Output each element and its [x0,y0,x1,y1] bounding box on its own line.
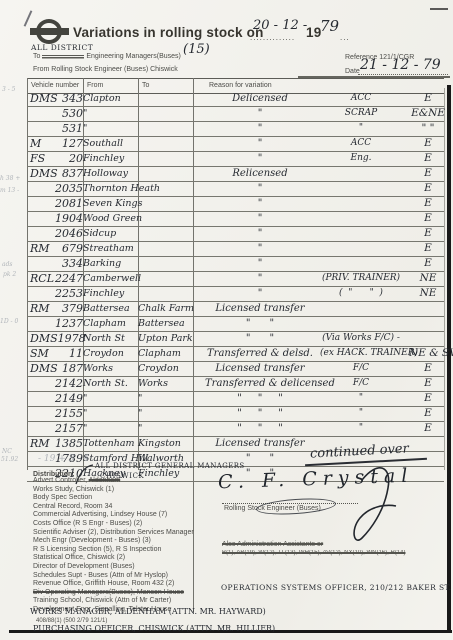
vehicle-prefix: RM [30,302,50,316]
note-cell: " [320,422,402,435]
distribution-item: Scientific Adviser (2), Distribution Ser… [33,529,233,538]
from-cell: Battersea [83,302,137,315]
to-cell: " [138,422,193,435]
vehicle-cell: DMS1978 [27,332,87,346]
table-row: DMS343 Clapton Delicensed ACC E [27,92,444,107]
distribution-item-text: Commercial Advertising, Lindsey House (7… [33,511,167,518]
scanned-form-page: ALL DISTRICT Variations in rolling stock… [0,0,453,640]
vehicle-number: 11 [69,347,83,361]
pencil-margin-note: ads [2,261,13,268]
vehicle-number: 1978 [58,332,86,346]
table-row: 1237 Clapham Battersea " " [27,317,444,332]
struck-note-1: Also Administration Assistants or [222,541,323,549]
mark-cell: E [409,212,447,225]
table-row: 2142 North St. Works Transferred & delic… [27,377,444,392]
to-cell: " [138,407,193,420]
operations-systems-officer-note: OPERATIONS SYSTEMS OFFICER, 210/212 BAKE… [221,583,452,592]
reason-cell: " " " [205,422,315,435]
vehicle-prefix: M [30,137,41,151]
from-cell: Sidcup [83,227,137,240]
table-row: FS20 Finchley " Eng. E [27,152,444,167]
count-note-handwritten: (15) [183,42,210,57]
vehicle-cell: 2149 [27,392,87,406]
distribution-item: Director of Development (Buses) [33,563,233,572]
reason-cell: Transferred & delicensed [205,377,315,390]
from-cell: " [83,122,137,135]
vehicle-number: 2247 [55,272,83,286]
mark-cell: E [409,92,447,105]
from-cell: " [83,422,137,435]
pencil-sum-note: - 19 + 3 - 4 [38,454,89,464]
vehicle-number: 1385 [55,437,83,451]
distribution-item: R S Licensing Section (5), R S Inspectio… [33,546,233,555]
to-prefix: To [33,53,40,60]
distribution-item-text: R S Licensing Section (5), R S Inspectio… [33,546,161,553]
distribution-item: Advert Controller, Aldenham [33,477,233,486]
table-row: DMS1978 North St Upton Park " " (Via Wor… [27,332,444,347]
distribution-item-text: Statistical Office, Chiswick (2) [33,554,125,561]
to-cell: Kingston [138,437,193,450]
from-cell: Clapham [83,317,137,330]
to-cell: Croydon [138,362,193,375]
col-vehicle-number: Vehicle number [31,82,79,89]
distribution-item-struck-text: Div Operating Managers(Buses), Manson Ho… [33,589,184,596]
vehicle-cell: RM379 [27,302,87,316]
mark-cell: E [409,422,447,435]
vehicle-prefix: RCL [30,272,54,286]
reason-cell: " [205,212,315,225]
table-row: DMS187 Works Croydon Licensed transfer F… [27,362,444,377]
vehicle-cell: 2035 [27,182,87,196]
date-dotted-line [358,74,448,75]
vehicle-number: 187 [62,362,83,376]
vehicle-number: 2081 [55,197,83,211]
col-reason: Reason for variation [209,82,272,89]
distribution-item-text: Scientific Adviser (2), Distribution Ser… [33,529,194,536]
vehicle-cell: 2155 [27,407,87,421]
vehicle-cell: 531 [27,122,87,136]
signature-loop-mark [256,496,337,517]
to-line: To Engineering Managers(Buses) [33,53,181,61]
vehicle-number: 2157 [55,422,83,436]
table-row: DMS837 Holloway Relicensed E [27,167,444,182]
vehicle-number: 1237 [55,317,83,331]
mark-cell: E&NE [409,107,447,120]
distribution-item-text: Advert Controller, [33,477,89,484]
reason-cell: " [205,197,315,210]
table-row: 2157 " " " " " " E [27,422,444,437]
mark-cell: E [409,167,447,180]
to-cell: Clapham [138,347,193,360]
table-rows: DMS343 Clapton Delicensed ACC E 530 " " … [27,92,444,482]
distribution-item: Schedules Supt - Buses (Attn of Mr Hyslo… [33,572,233,581]
vehicle-cell: SM11 [27,347,87,361]
mark-cell: " " [409,122,447,135]
reason-cell: Delicensed [205,92,315,105]
purchasing-officer-handwritten: PURCHASING OFFICER, CHISWICK (ATTN. MR. … [33,624,275,633]
reason-cell: Transferred & delsd. [205,347,315,360]
vehicle-prefix: RM [30,242,50,256]
vehicle-cell: 1904 [27,212,87,226]
vehicle-number: 2149 [55,392,83,406]
vehicle-cell: DMS343 [27,92,87,106]
distribution-item: Commercial Advertising, Lindsey House (7… [33,511,233,520]
from-cell: Clapton [83,92,137,105]
from-cell: " [83,407,137,420]
vehicle-prefix: RM [30,437,50,451]
reason-cell: " [205,257,315,270]
vehicle-number: 531 [62,122,83,136]
mark-cell: E [409,227,447,240]
table-row: 2081 Seven Kings " E [27,197,444,212]
note-cell: ACC [320,137,402,150]
reason-cell: Relicensed [205,167,315,180]
vehicle-cell: 530 [27,107,87,121]
distribution-item: Works Study, Chiswick (1) [33,486,233,495]
vehicle-cell: RCL2247 [27,272,87,286]
from-cell: Thornton Heath [83,182,137,195]
vehicle-number: 334 [62,257,83,271]
vehicle-number: 679 [62,242,83,256]
note-cell: ACC [320,92,402,105]
table-row: 531 " " " " " [27,122,444,137]
pencil-margin-note: pk 2 [3,271,16,278]
pencil-margin-note: NC [2,448,12,455]
vehicle-number: 2253 [55,287,83,301]
distribution-item: Body Spec Section [33,494,233,503]
vehicle-cell: FS20 [27,152,87,166]
mark-cell: E [409,257,447,270]
table-row: 2149 " " " " " " E [27,392,444,407]
distribution-item: Div Operating Managers(Buses), Manson Ho… [33,589,233,598]
distribution-item-text: Mech Engr (Development - Buses) (3) [33,537,151,544]
pencil-margin-note: 1D - 0 [0,318,18,325]
vehicle-prefix: FS [30,152,45,166]
pencil-margin-note: 3 - 5 [2,86,15,93]
reason-cell: " [205,287,315,300]
note-cell: F/C [320,377,402,390]
all-district-note: ALL DISTRICT [31,43,93,52]
vehicle-prefix: DMS [30,332,58,346]
from-cell: Seven Kings [83,197,137,210]
vehicle-cell: 2157 [27,422,87,436]
vehicle-number: 20 [69,152,83,166]
col-to: To [142,82,149,89]
vehicle-number: 379 [62,302,83,316]
distribution-item: Statistical Office, Chiswick (2) [33,554,233,563]
from-line: From Rolling Stock Engineer (Buses) Chis… [33,66,178,74]
reason-cell: Licensed transfer [205,302,315,315]
table-row: RM379 Battersea Chalk Farm Licensed tran… [27,302,444,317]
distribution-item-struck-text: Aldenham [89,477,121,484]
table-row: 2253 Finchley " ( " " ) NE [27,287,444,302]
pencil-margin-note: m 13 - [0,187,19,194]
to-cell: Upton Park [138,332,193,345]
vehicle-prefix: SM [30,347,49,361]
vehicle-cell: 2046 [27,227,87,241]
vehicle-cell: 2142 [27,377,87,391]
table-row: SM11 Croydon Clapham Transferred & delsd… [27,347,444,362]
from-cell: Finchley [83,287,137,300]
vehicle-cell: 334 [27,257,87,271]
table-row: 530 " " SCRAP E&NE [27,107,444,122]
distribution-item-text: Training School, Chiswick (Attn of Mr Ca… [33,597,171,604]
vehicle-cell: RM1385 [27,437,87,451]
date-value-handwritten: 21 - 12 - 79 [360,57,441,73]
reason-cell: " " " [205,392,315,405]
from-cell: " [83,392,137,405]
vehicle-cell: M127 [27,137,87,151]
note-cell: (Via Works F/C) - [320,332,402,345]
reason-cell: " [205,107,315,120]
reason-cell: " " [205,317,315,330]
from-cell: Finchley [83,152,137,165]
vehicle-cell: DMS837 [27,167,87,181]
reason-cell: Licensed transfer [205,437,315,450]
from-cell: Southall [83,137,137,150]
mark-cell: NE & SVS [409,347,447,360]
vehicle-number: 2035 [55,182,83,196]
table-row: 2035 Thornton Heath " E [27,182,444,197]
distribution-item: Mech Engr (Development - Buses) (3) [33,537,233,546]
london-transport-roundel-logo [35,19,63,45]
from-cell: North St [83,332,137,345]
vehicle-cell: 2253 [27,287,87,301]
vehicle-number: 343 [62,92,83,106]
table-row: M127 Southall " ACC E [27,137,444,152]
reason-cell: " " " [205,407,315,420]
from-cell: Croydon [83,347,137,360]
scan-mark-top-right [430,8,448,10]
note-cell: (PRIV. TRAINER) [320,272,402,285]
table-row: RCL2247 Camberwell " (PRIV. TRAINER) NE [27,272,444,287]
mark-cell: E [409,392,447,405]
from-cell: Camberwell [83,272,137,285]
reason-cell: " [205,242,315,255]
reason-cell: " [205,122,315,135]
distribution-item-text: Body Spec Section [33,494,92,501]
title-dotted-leader-end: ... [340,33,350,42]
signature-flourish [348,460,400,550]
from-cell: North St. [83,377,137,390]
to-cell: Works [138,377,193,390]
mark-cell: E [409,182,447,195]
mark-cell: E [409,407,447,420]
roundel-bar-icon [30,28,69,35]
table-row: 2046 Sidcup " E [27,227,444,242]
vehicle-number: 1904 [55,212,83,226]
from-cell: Streatham [83,242,137,255]
note-cell: (ex HACK. TRAINER) [320,347,402,360]
reason-cell: " [205,152,315,165]
col-from: From [87,82,103,89]
distribution-item-text: Works Study, Chiswick (1) [33,486,114,493]
distribution-item-text: Director of Development (Buses) [33,563,135,570]
distribution-item-text: Central Record, Room 34 [33,503,112,510]
pencil-slash-mark [24,10,33,26]
to-cell: Chalk Farm [138,302,193,315]
distribution-item-text: Costs Office (R S Engr - Buses) (2) [33,520,142,527]
distribution-item-text: Schedules Supt - Buses (Attn of Mr Hyslo… [33,572,168,579]
mark-cell: NE [409,287,447,300]
table-row: 2155 " " " " " " E [27,407,444,422]
from-cell: " [83,107,137,120]
form-title: Variations in rolling stock on [73,25,264,40]
vehicle-number: 837 [62,167,83,181]
mark-cell: E [409,152,447,165]
works-manager-handwritten: WORKS MANAGER, ALDENHAM (ATTN. MR. HAYWA… [30,607,266,616]
reason-cell: " [205,227,315,240]
vehicle-cell: 2081 [27,197,87,211]
table-row: 1904 Wood Green " E [27,212,444,227]
vehicle-number: 530 [62,107,83,121]
from-cell: Barking [83,257,137,270]
vehicle-cell: 1237 [27,317,87,331]
note-cell: F/C [320,362,402,375]
mark-cell: NE [409,272,447,285]
vehicle-number: 2142 [55,377,83,391]
mark-cell: E [409,242,447,255]
distribution-item: Revenue Office, Griffith House, Room 432… [33,580,233,589]
reason-cell: " [205,137,315,150]
from-cell: Wood Green [83,212,137,225]
pencil-margin-note: h 38 + [0,175,20,182]
vehicle-number: 127 [62,137,83,151]
from-cell: Tottenham [83,437,137,450]
distribution-list: Advert Controller, Aldenham Works Study,… [33,477,233,615]
year-handwritten: 79 [320,17,339,35]
title-dotted-leader: .............. [250,33,295,42]
to-cell: Battersea [138,317,193,330]
mark-cell: E [409,362,447,375]
note-cell: " [320,407,402,420]
from-cell: Holloway [83,167,137,180]
reason-cell: " [205,272,315,285]
distribution-item: Central Record, Room 34 [33,503,233,512]
variation-date-handwritten: 20 - 12 - [253,18,307,33]
mark-cell: E [409,197,447,210]
distribution-item: Training School, Chiswick (Attn of Mr Ca… [33,597,233,606]
table-row: 334 Barking " E [27,257,444,272]
vehicle-prefix: DMS [30,167,58,181]
table-row: RM679 Streatham " E [27,242,444,257]
vehicle-cell: DMS187 [27,362,87,376]
vehicle-number: 2155 [55,407,83,421]
pencil-margin-note: 51.92 [1,456,18,463]
note-cell: ( " " ) [320,287,402,300]
mark-cell: E [409,377,447,390]
vehicle-number: 2046 [55,227,83,241]
note-cell: " [320,122,402,135]
mark-cell: E [409,137,447,150]
note-cell: Eng. [320,152,402,165]
distribution-item-text: Revenue Office, Griffith House, Room 432… [33,580,174,587]
vehicle-cell: RM679 [27,242,87,256]
vehicle-prefix: DMS [30,362,58,376]
vehicle-prefix: DMS [30,92,58,106]
to-rest: Engineering Managers(Buses) [86,53,181,60]
distribution-item: Costs Office (R S Engr - Buses) (2) [33,520,233,529]
note-cell: SCRAP [320,107,402,120]
struck-out-word [42,54,84,59]
reason-cell: " [205,182,315,195]
note-cell: " [320,392,402,405]
reason-cell: Licensed transfer [205,362,315,375]
reason-cell: " " [205,332,315,345]
to-cell: " [138,392,193,405]
from-cell: Works [83,362,137,375]
struck-note-2: B(1), AB(19), W(12), TL(13), WH(15), AV(… [222,550,448,556]
distribution-hand-note-1: ALL DISTRICT GENERAL MANAGERS [95,462,245,470]
